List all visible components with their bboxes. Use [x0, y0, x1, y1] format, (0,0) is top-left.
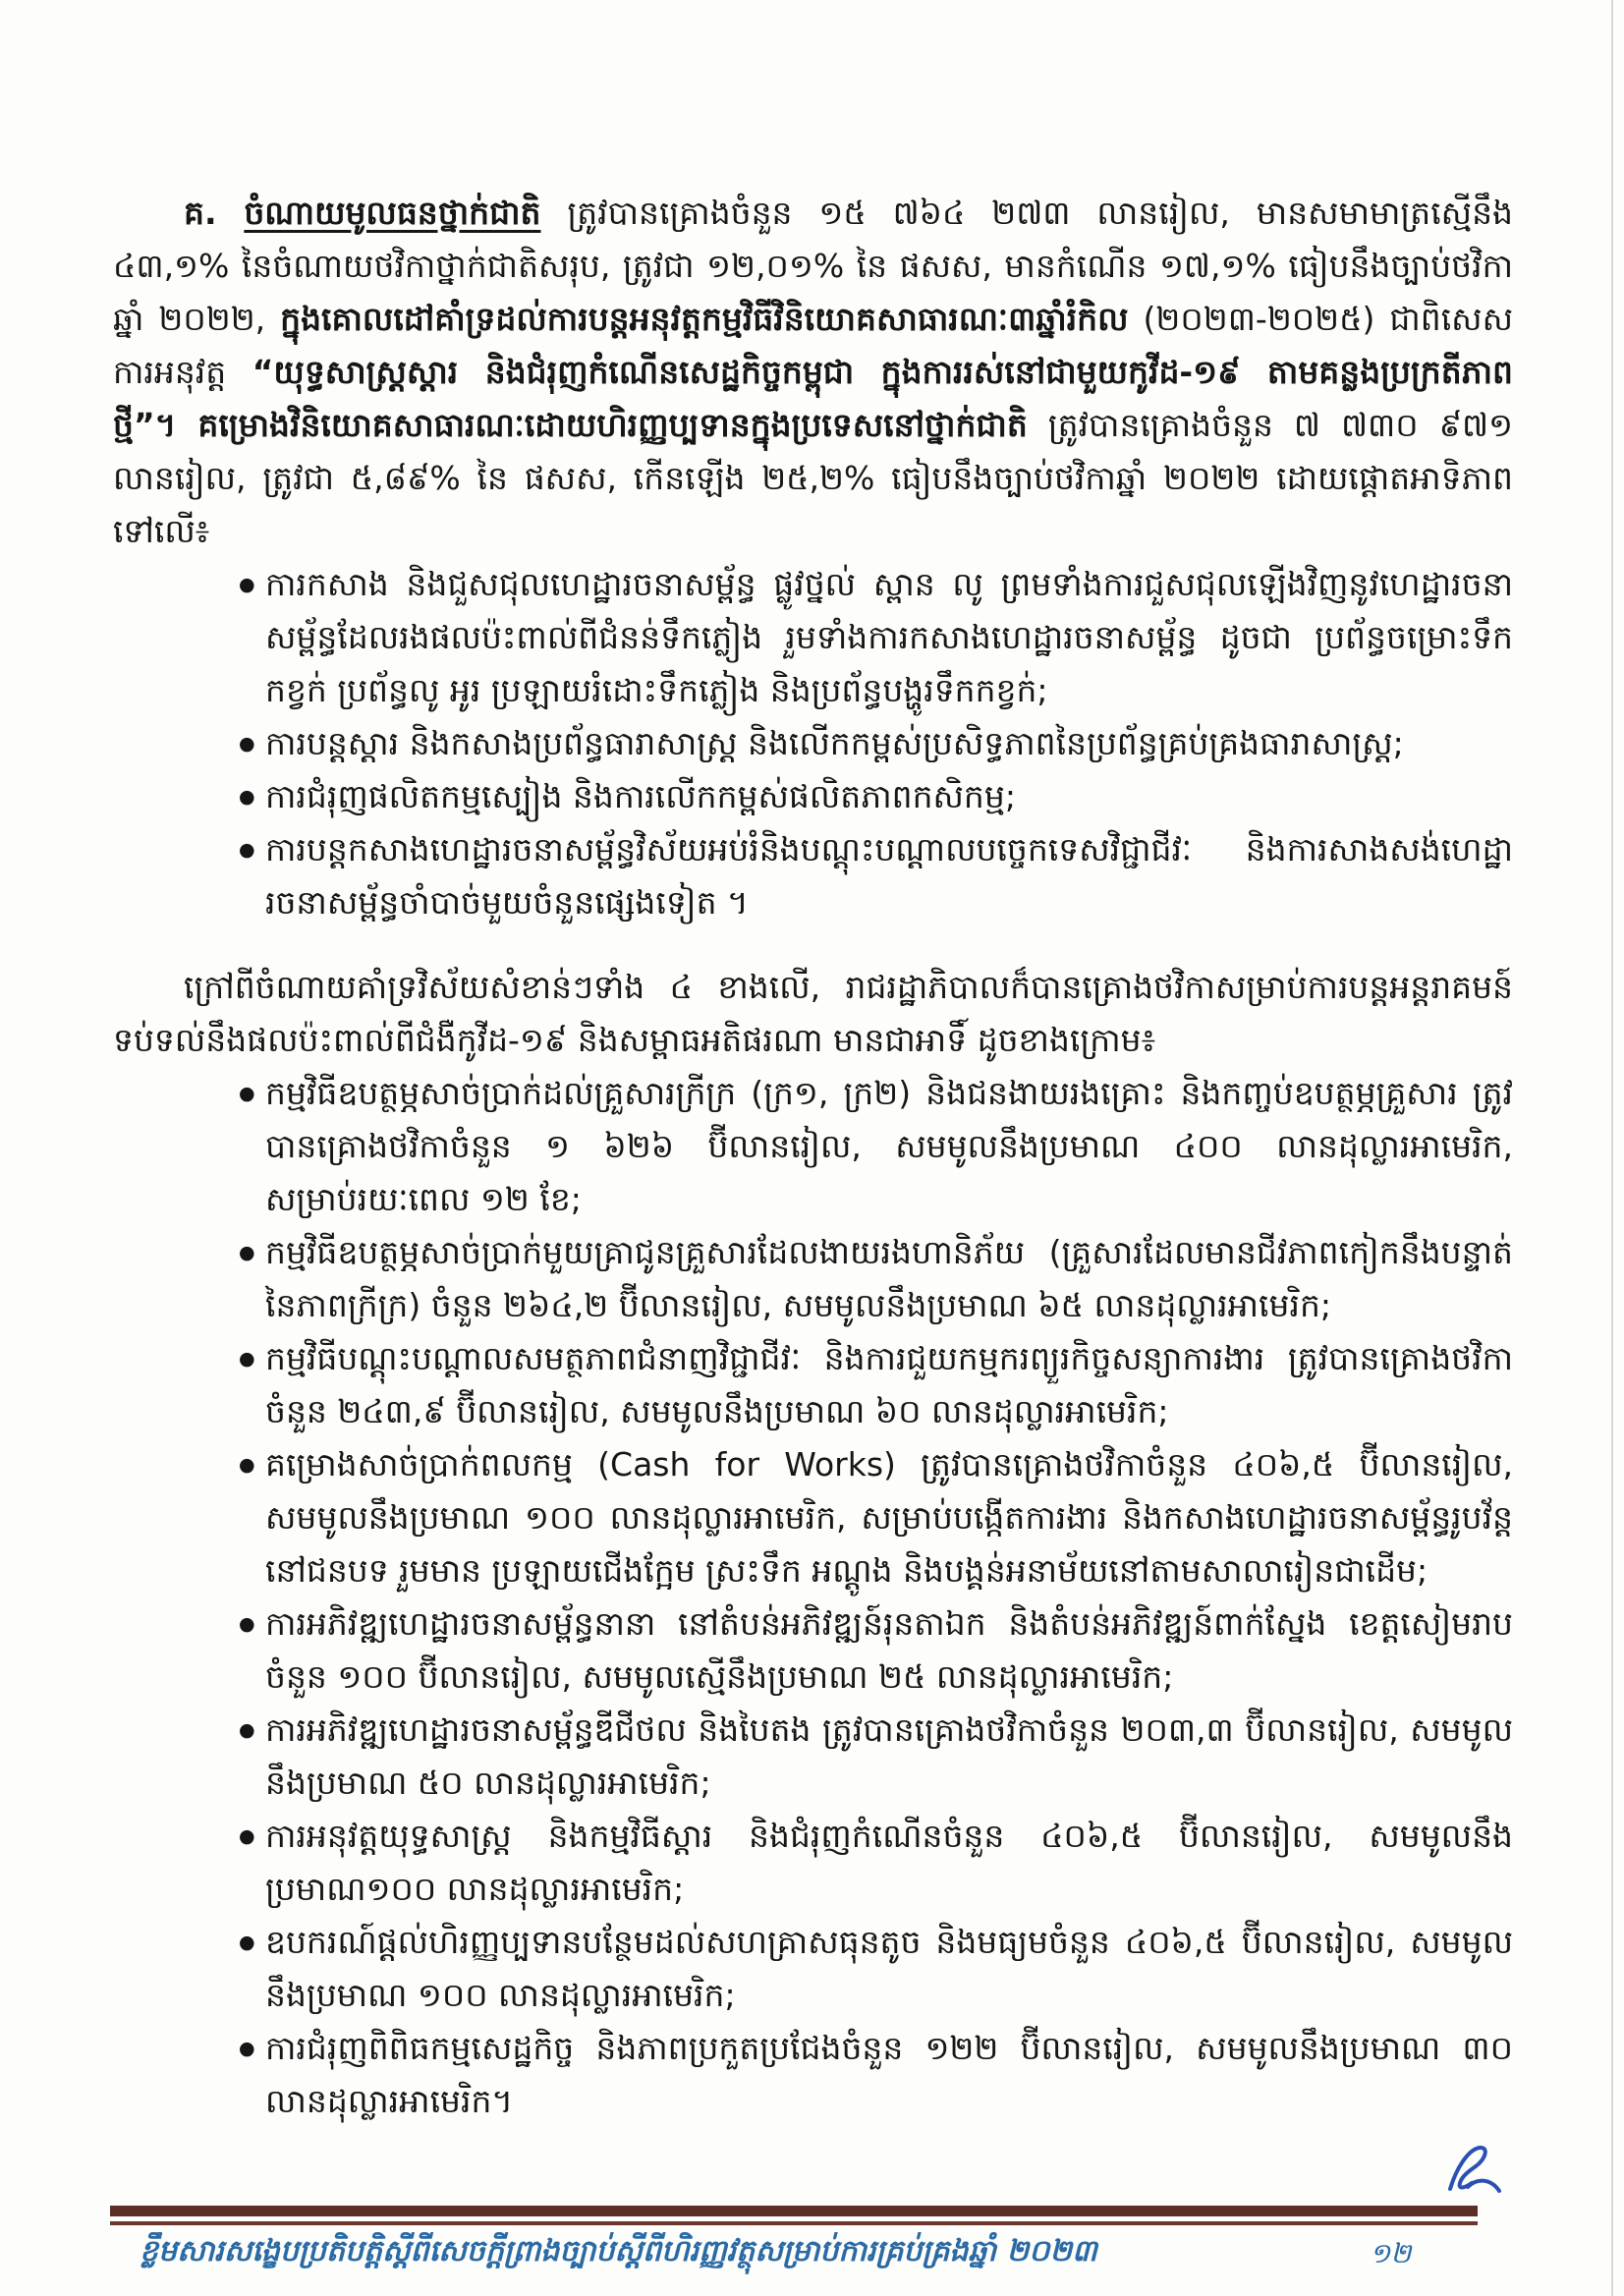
bullet-icon: ●: [239, 1332, 255, 1385]
bullet-icon: ●: [239, 770, 255, 823]
bullet-text: ការអភិវឌ្ឍហេដ្ឋារចនាសម្ព័ន្ធឌីជីថល និងបៃ…: [265, 1710, 1513, 1802]
bullet-icon: ●: [239, 1597, 255, 1651]
page-number: ១២: [1370, 2236, 1411, 2276]
text-run: ការអភិវឌ្ឍហេដ្ឋារចនាសម្ព័ន្ធនានា នៅតំបន់…: [265, 1604, 1513, 1696]
footer-title: ខ្លឹមសារសង្ខេបប្រតិបត្តិស្តីពីសេចក្តីព្រ…: [140, 2232, 1220, 2275]
bullet-item: ●កម្មវិធីឧបត្ថម្ភសាច់ប្រាក់ដល់គ្រួសារក្រ…: [113, 1067, 1513, 1226]
bullet-icon: ●: [239, 1810, 255, 1863]
bullet-item: ●ការកសាង និងជួសជុលហេដ្ឋារចនាសម្ព័ន្ធ ផ្ល…: [113, 558, 1513, 717]
bullet-text: ការបន្តស្តារ និងកសាងប្រព័ន្ធធារាសាស្ត្រ …: [265, 724, 1404, 762]
footer-rule: [110, 2206, 1478, 2225]
text-run: ការបន្តស្តារ និងកសាងប្រព័ន្ធធារាសាស្ត្រ …: [265, 724, 1404, 762]
bullet-item: ●ការអនុវត្តយុទ្ធសាស្ត្រ និងកម្មវិធីស្តារ…: [113, 1810, 1513, 1916]
scan-edge-artifact: [1611, 0, 1613, 2296]
bullet-item: ●ការបន្តកសាងហេដ្ឋារចនាសម្ព័ន្ធវិស័យអប់រំ…: [113, 823, 1513, 929]
footer-rule-thick-line: [110, 2206, 1478, 2216]
text-run: ឧបករណ៍ផ្តល់ហិរញ្ញប្បទានបន្ថែមដល់សហគ្រាសធ…: [265, 1923, 1513, 2014]
bullet-text: ការអភិវឌ្ឍហេដ្ឋារចនាសម្ព័ន្ធនានា នៅតំបន់…: [265, 1604, 1513, 1696]
bullet-text: ការជំរុញផលិតកម្មស្បៀង និងការលើកកម្ពស់ផលិ…: [265, 777, 1016, 815]
text-run: ការបន្តកសាងហេដ្ឋារចនាសម្ព័ន្ធវិស័យអប់រំន…: [265, 830, 1513, 922]
bullet-text: ការជំរុញពិពិធកម្មសេដ្ឋកិច្ច និងភាពប្រកួត…: [265, 2029, 1513, 2120]
paragraph: គ. ចំណាយមូលធនថ្នាក់ជាតិ ត្រូវបានគ្រោងចំន…: [113, 187, 1513, 558]
bullet-icon: ●: [239, 1704, 255, 1757]
handwritten-initial: [1436, 2140, 1509, 2205]
bullet-icon: ●: [239, 1438, 255, 1491]
bullet-item: ●កម្មវិធីឧបត្ថម្ភសាច់ប្រាក់មួយគ្រាជូនគ្រ…: [113, 1226, 1513, 1332]
bullet-item: ●ការជំរុញផលិតកម្មស្បៀង និងការលើកកម្ពស់ផល…: [113, 770, 1513, 823]
text-run: កម្មវិធីឧបត្ថម្ភសាច់ប្រាក់ដល់គ្រួសារក្រី…: [265, 1074, 1513, 1218]
text-run: ការអភិវឌ្ឍហេដ្ឋារចនាសម្ព័ន្ធឌីជីថល និងបៃ…: [265, 1710, 1513, 1802]
document-body: គ. ចំណាយមូលធនថ្នាក់ជាតិ ត្រូវបានគ្រោងចំន…: [113, 187, 1513, 2128]
bullet-item: ●កម្មវិធីបណ្តុះបណ្តាលសមត្ថភាពជំនាញវិជ្ជា…: [113, 1332, 1513, 1438]
bullet-text: ការបន្តកសាងហេដ្ឋារចនាសម្ព័ន្ធវិស័យអប់រំន…: [265, 830, 1513, 922]
text-run: ចំណាយមូលធនថ្នាក់ជាតិ: [244, 194, 540, 232]
bullet-text: កម្មវិធីបណ្តុះបណ្តាលសមត្ថភាពជំនាញវិជ្ជាជ…: [265, 1339, 1513, 1430]
bullet-text: ការកសាង និងជួសជុលហេដ្ឋារចនាសម្ព័ន្ធ ផ្លូ…: [265, 565, 1513, 709]
bullet-icon: ●: [239, 1067, 255, 1120]
bullet-text: ឧបករណ៍ផ្តល់ហិរញ្ញប្បទានបន្ថែមដល់សហគ្រាសធ…: [265, 1923, 1513, 2014]
bullet-icon: ●: [239, 1916, 255, 1969]
bullet-text: ការអនុវត្តយុទ្ធសាស្ត្រ និងកម្មវិធីស្តារ …: [265, 1817, 1513, 1908]
bullet-item: ●ការអភិវឌ្ឍហេដ្ឋារចនាសម្ព័ន្ធឌីជីថល និងប…: [113, 1704, 1513, 1810]
bullet-icon: ●: [239, 717, 255, 770]
text-run: គ.: [184, 194, 244, 232]
bullet-item: ●ការបន្តស្តារ និងកសាងប្រព័ន្ធធារាសាស្ត្រ…: [113, 717, 1513, 770]
bullet-icon: ●: [239, 2022, 255, 2075]
bullet-item: ●ការជំរុញពិពិធកម្មសេដ្ឋកិច្ច និងភាពប្រកួ…: [113, 2022, 1513, 2128]
text-run: ការជំរុញផលិតកម្មស្បៀង និងការលើកកម្ពស់ផលិ…: [265, 777, 1016, 815]
bullet-text: គម្រោងសាច់ប្រាក់ពលកម្ម (Cash for Works) …: [265, 1445, 1513, 1590]
text-run: កម្មវិធីឧបត្ថម្ភសាច់ប្រាក់មួយគ្រាជូនគ្រួ…: [265, 1233, 1513, 1324]
footer-rule-thin-line: [110, 2221, 1478, 2225]
text-run: គម្រោងសាច់ប្រាក់ពលកម្ម (Cash for Works) …: [265, 1445, 1513, 1590]
bullet-item: ●គម្រោងសាច់ប្រាក់ពលកម្ម (Cash for Works)…: [113, 1438, 1513, 1597]
text-run: គម្រោងវិនិយោគសាធារណៈដោយហិរញ្ញប្បទានក្នុង…: [197, 406, 1027, 444]
text-run: ការអនុវត្តយុទ្ធសាស្ត្រ និងកម្មវិធីស្តារ …: [265, 1817, 1513, 1908]
text-run: ការជំរុញពិពិធកម្មសេដ្ឋកិច្ច និងភាពប្រកួត…: [265, 2029, 1513, 2120]
bullet-icon: ●: [239, 1226, 255, 1279]
text-run: ក្នុងគោលដៅគាំទ្រដល់ការបន្តអនុវត្តកម្មវិធ…: [280, 300, 1128, 338]
bullet-icon: ●: [239, 558, 255, 611]
bullet-icon: ●: [239, 823, 255, 876]
text-run: ក្រៅពីចំណាយគាំទ្រវិស័យសំខាន់ៗទាំង ៤ ខាងល…: [113, 968, 1513, 1059]
bullet-text: កម្មវិធីឧបត្ថម្ភសាច់ប្រាក់មួយគ្រាជូនគ្រួ…: [265, 1233, 1513, 1324]
text-run: កម្មវិធីបណ្តុះបណ្តាលសមត្ថភាពជំនាញវិជ្ជាជ…: [265, 1339, 1513, 1430]
bullet-text: កម្មវិធីឧបត្ថម្ភសាច់ប្រាក់ដល់គ្រួសារក្រី…: [265, 1074, 1513, 1218]
text-run: ការកសាង និងជួសជុលហេដ្ឋារចនាសម្ព័ន្ធ ផ្លូ…: [265, 565, 1513, 709]
document-page: គ. ចំណាយមូលធនថ្នាក់ជាតិ ត្រូវបានគ្រោងចំន…: [0, 0, 1624, 2296]
bullet-item: ●ឧបករណ៍ផ្តល់ហិរញ្ញប្បទានបន្ថែមដល់សហគ្រាស…: [113, 1916, 1513, 2022]
bullet-item: ●ការអភិវឌ្ឍហេដ្ឋារចនាសម្ព័ន្ធនានា នៅតំបន…: [113, 1597, 1513, 1704]
paragraph: ក្រៅពីចំណាយគាំទ្រវិស័យសំខាន់ៗទាំង ៤ ខាងល…: [113, 961, 1513, 1067]
